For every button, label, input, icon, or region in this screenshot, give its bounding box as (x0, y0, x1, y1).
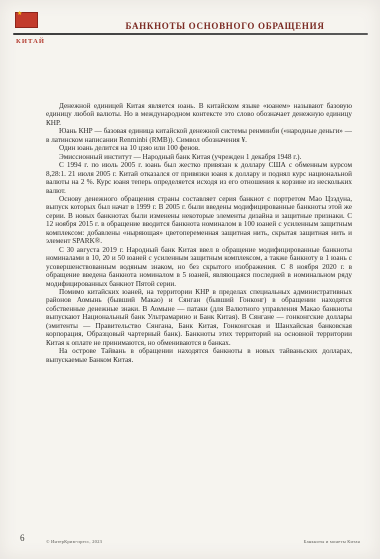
body-paragraph: На острове Тайвань в обращении находятся… (46, 347, 352, 364)
body-paragraph: Эмиссионный институт — Народный банк Кит… (46, 153, 352, 161)
body-paragraph: Юань КНР — базовая единица китайской ден… (46, 127, 352, 144)
book-page: ★ БАНКНОТЫ ОСНОВНОГО ОБРАЩЕНИЯ КИТАЙ Ден… (0, 0, 380, 559)
china-flag-icon: ★ (15, 12, 38, 28)
book-title: Банкноты и монеты Китая (304, 539, 360, 544)
header-divider (13, 33, 368, 35)
body-paragraph: Помимо китайских юаней, на территории КН… (46, 288, 352, 347)
country-label: КИТАЙ (16, 38, 45, 45)
body-paragraph: Денежной единицей Китая является юань. В… (46, 102, 352, 127)
body-paragraph: С 30 августа 2019 г. Народный банк Китая… (46, 246, 352, 288)
page-number: 6 (20, 533, 25, 543)
section-title: БАНКНОТЫ ОСНОВНОГО ОБРАЩЕНИЯ (86, 21, 364, 31)
body-paragraph: Основу денежного обращения страны состав… (46, 195, 352, 246)
flag-star-icon: ★ (17, 11, 22, 17)
article-body: Денежной единицей Китая является юань. В… (46, 102, 352, 364)
body-paragraph: С 1994 г. по июль 2005 г. юань был жестк… (46, 161, 352, 195)
body-paragraph: Один юань делится на 10 цзяо или 100 фен… (46, 144, 352, 152)
copyright-notice: © ИнтерКрим-пресс, 2023 (46, 539, 102, 544)
